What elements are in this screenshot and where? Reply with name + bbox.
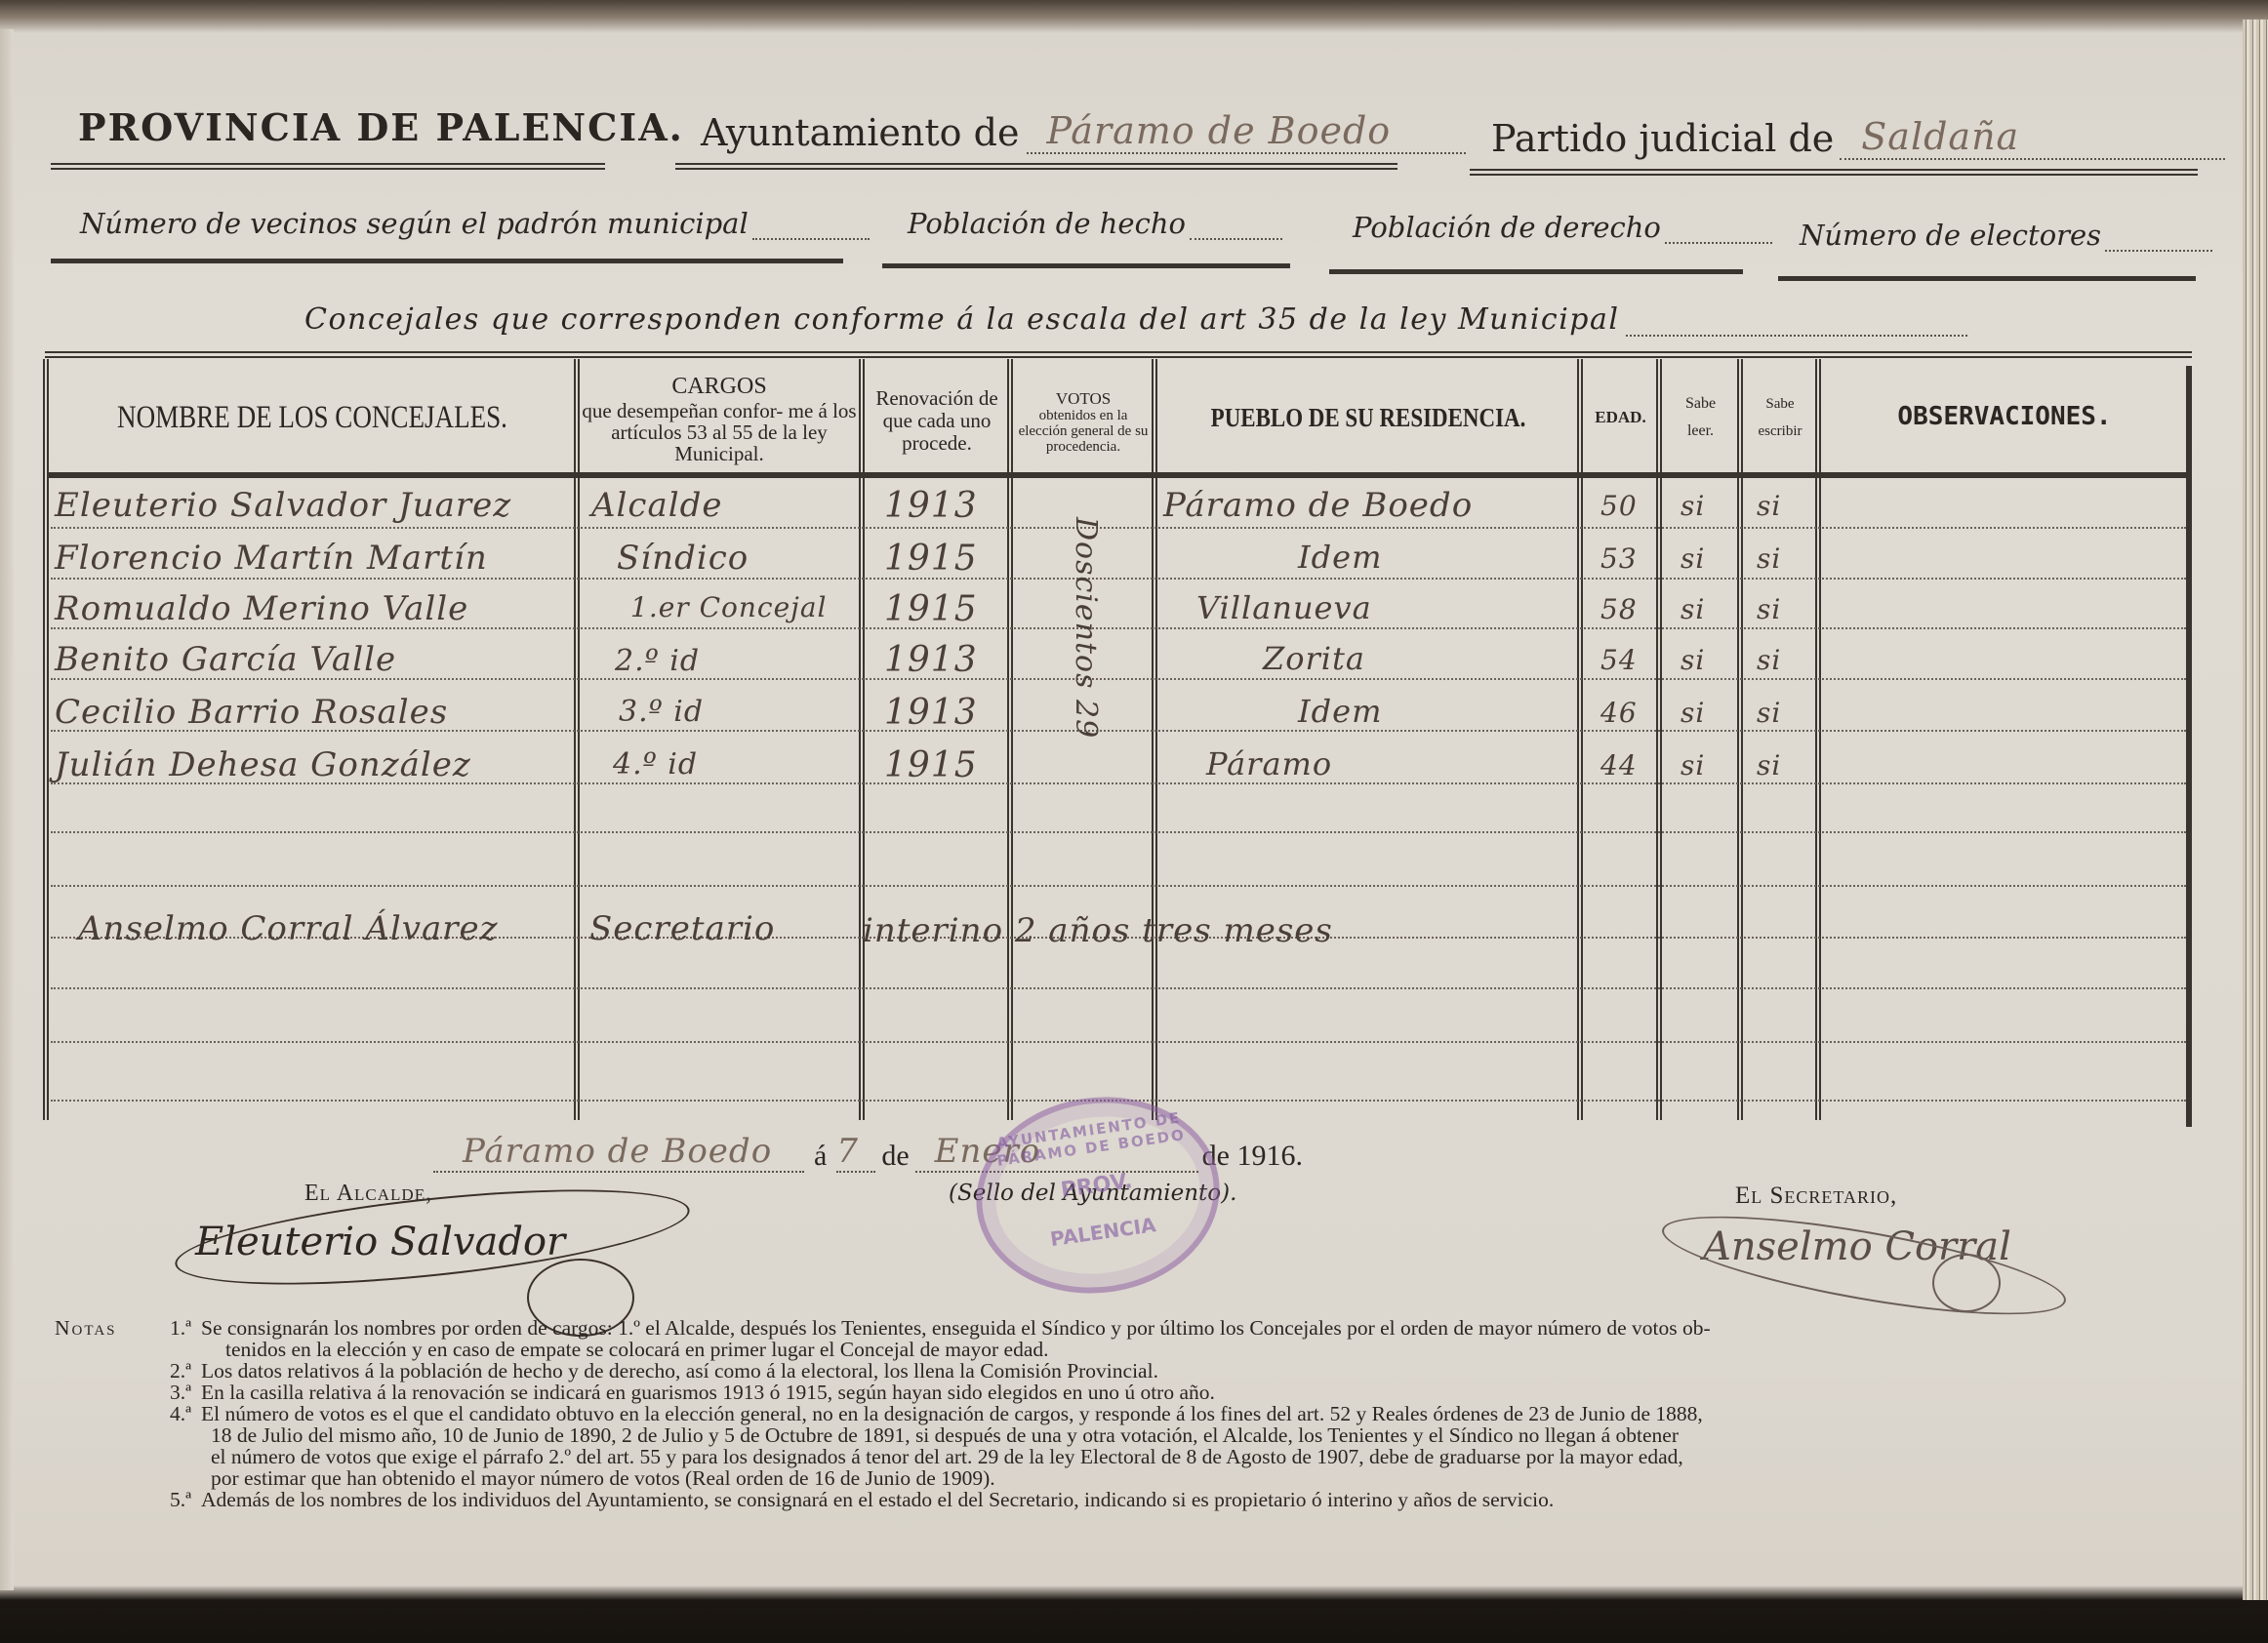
- note-text: por estimar que han obtenido el mayor nú…: [211, 1467, 995, 1489]
- note-continuation: tenidos en la elección y en caso de empa…: [55, 1339, 2202, 1360]
- note-text: Los datos relativos á la población de he…: [201, 1360, 1158, 1382]
- cell-leer: si: [1681, 542, 1705, 575]
- partido-label: Partido judicial de: [1491, 117, 1834, 160]
- cell-nombre: Cecilio Barrio Rosales: [55, 693, 448, 732]
- cell-nombre: Julián Dehesa González: [55, 745, 471, 784]
- vecinos-value[interactable]: [752, 238, 870, 240]
- cell-renovacion: 1913: [884, 693, 978, 733]
- electores-rule: [1778, 276, 2196, 281]
- electores-value[interactable]: [2105, 250, 2212, 252]
- cell-escribir: si: [1757, 593, 1781, 625]
- row-rule: [51, 578, 2186, 580]
- cell-edad: 58: [1600, 593, 1638, 625]
- secretario-label: El Secretario,: [1735, 1182, 1897, 1210]
- cell-renovacion: 1915: [884, 589, 978, 629]
- table-border-right: [2186, 366, 2192, 1127]
- cell-nombre: Florencio Martín Martín: [55, 539, 488, 578]
- poblacion-derecho-rule: [1329, 269, 1743, 274]
- note-continuation: 18 de Julio del mismo año, 10 de Junio d…: [55, 1424, 2202, 1446]
- cell-nombre: Benito García Valle: [55, 640, 396, 679]
- province-underline: [51, 163, 605, 170]
- note-number: 2.ª: [162, 1360, 201, 1382]
- concejales-label: Concejales que corresponden conforme á l…: [304, 302, 1620, 337]
- note-text: el número de votos que exige el párrafo …: [211, 1446, 1683, 1467]
- row-rule: [51, 831, 2186, 833]
- row-rule: [51, 885, 2186, 887]
- note-item: 2.ª Los datos relativos á la población d…: [55, 1360, 2202, 1382]
- partido-value[interactable]: Saldaña: [1840, 115, 2225, 160]
- note-item: 5.ª Además de los nombres de los individ…: [55, 1489, 2202, 1510]
- note-number: 5.ª: [162, 1489, 201, 1510]
- secretario-nombre: Anselmo Corral Álvarez: [78, 909, 499, 948]
- cell-renovacion: 1913: [884, 640, 978, 680]
- header-pueblo: PUEBLO DE SU RESIDENCIA.: [1191, 363, 1546, 472]
- row-rule: [51, 527, 2186, 529]
- cell-leer: si: [1681, 644, 1705, 676]
- cell-cargo: 2.º id: [615, 644, 700, 678]
- header-edad: EDAD.: [1585, 363, 1656, 472]
- cell-leer: si: [1681, 697, 1705, 729]
- cell-edad: 53: [1600, 542, 1638, 575]
- note-text: En la casilla relativa á la renovación s…: [201, 1382, 1215, 1403]
- poblacion-hecho-rule: [882, 263, 1290, 268]
- row-rule: [51, 1041, 2186, 1043]
- vecinos-label: Número de vecinos según el padrón munici…: [80, 207, 749, 240]
- note-number: 1.ª: [162, 1317, 201, 1339]
- date-year: de 1916.: [1202, 1140, 1303, 1173]
- header-votos-sub: obtenidos en la elección general de su p…: [1015, 408, 1152, 455]
- seal-text-bottom: PALENCIA: [987, 1204, 1220, 1260]
- cell-pueblo: Zorita: [1263, 640, 1365, 677]
- cell-cargo: 1.er Concejal: [630, 591, 827, 623]
- note-item: 3.ª En la casilla relativa á la renovaci…: [55, 1382, 2202, 1403]
- poblacion-derecho-value[interactable]: [1665, 242, 1772, 244]
- votos-vertical-note: Doscientos 29: [1069, 517, 1103, 739]
- header-cargos: CARGOS que desempeñan confor- me á los a…: [580, 367, 859, 472]
- cell-escribir: si: [1757, 542, 1781, 575]
- ayuntamiento-value[interactable]: Páramo de Boedo: [1027, 109, 1466, 154]
- cell-pueblo: Páramo: [1206, 745, 1332, 782]
- cell-renovacion: 1915: [884, 745, 978, 785]
- poblacion-derecho-field: Población de derecho: [1353, 211, 1772, 244]
- header-cargos-sub: que desempeñan confor- me á los artículo…: [580, 400, 859, 464]
- partido-underline: [1470, 169, 2198, 176]
- ayuntamiento-label: Ayuntamiento de: [701, 111, 1019, 154]
- date-day[interactable]: 7: [836, 1132, 875, 1173]
- note-text: 18 de Julio del mismo año, 10 de Junio d…: [211, 1424, 1679, 1446]
- note-item: 4.ª El número de votos es el que el cand…: [55, 1403, 2202, 1424]
- document-page: PROVINCIA DE PALENCIA. Ayuntamiento de P…: [0, 0, 2268, 1643]
- cell-leer: si: [1681, 593, 1705, 625]
- concejales-field: Concejales que corresponden conforme á l…: [304, 302, 1967, 337]
- note-number: 3.ª: [162, 1382, 201, 1403]
- vecinos-field: Número de vecinos según el padrón munici…: [80, 207, 870, 240]
- electores-field: Número de electores: [1800, 219, 2212, 252]
- cell-nombre: Eleuterio Salvador Juarez: [55, 486, 511, 525]
- note-continuation: por estimar que han obtenido el mayor nú…: [55, 1467, 2202, 1489]
- cell-cargo: Síndico: [617, 539, 749, 578]
- cell-edad: 50: [1600, 490, 1638, 522]
- header-votos-title: VOTOS: [1056, 390, 1111, 408]
- header-bottom-rule: [47, 472, 2190, 478]
- poblacion-hecho-label: Población de hecho: [908, 207, 1186, 240]
- cell-pueblo: Páramo de Boedo: [1163, 486, 1473, 525]
- header-sabe-escribir: Sabe escribir: [1745, 363, 1815, 472]
- note-item: Notas 1.ª Se consignarán los nombres por…: [55, 1317, 2202, 1339]
- cell-cargo: 4.º id: [613, 747, 698, 781]
- concejales-value[interactable]: [1626, 335, 1967, 337]
- cell-escribir: si: [1757, 490, 1781, 522]
- poblacion-hecho-value[interactable]: [1190, 238, 1282, 240]
- cell-cargo: Alcalde: [591, 486, 723, 525]
- electores-label: Número de electores: [1800, 219, 2101, 252]
- note-number: 4.ª: [162, 1403, 201, 1424]
- cell-edad: 46: [1600, 697, 1638, 729]
- header-observaciones: OBSERVACIONES.: [1823, 363, 2186, 472]
- note-text: tenidos en la elección y en caso de empa…: [225, 1339, 1049, 1360]
- cell-renovacion: 1915: [884, 539, 978, 579]
- poblacion-derecho-label: Población de derecho: [1353, 211, 1661, 244]
- signature-flourish: [1932, 1254, 2001, 1312]
- row-rule: [51, 987, 2186, 989]
- cell-escribir: si: [1757, 697, 1781, 729]
- date-de-label: de: [881, 1140, 909, 1173]
- cell-pueblo: Villanueva: [1196, 589, 1372, 626]
- vecinos-rule: [51, 259, 843, 263]
- cell-edad: 54: [1600, 644, 1638, 676]
- cell-leer: si: [1681, 490, 1705, 522]
- date-a-label: á: [814, 1140, 827, 1173]
- ayuntamiento-underline: [675, 163, 1397, 170]
- note-continuation: el número de votos que exige el párrafo …: [55, 1446, 2202, 1467]
- cell-escribir: si: [1757, 644, 1781, 676]
- date-place[interactable]: Páramo de Boedo: [433, 1132, 804, 1173]
- header-renovacion: Renovación de que cada uno procede.: [867, 369, 1007, 472]
- note-text: Además de los nombres de los individuos …: [201, 1489, 1554, 1510]
- cell-edad: 44: [1600, 749, 1638, 781]
- cell-leer: si: [1681, 749, 1705, 781]
- cell-cargo: 3.º id: [619, 695, 704, 729]
- note-text: Se consignarán los nombres por orden de …: [201, 1317, 1711, 1339]
- partido-field: Partido judicial de Saldaña: [1491, 115, 2225, 160]
- notes-lead: Notas: [55, 1317, 162, 1339]
- page-edge: [0, 29, 14, 1590]
- cell-pueblo: Idem: [1298, 693, 1382, 730]
- header-sabe-leer: Sabe leer.: [1664, 363, 1737, 472]
- secretario-detalle: interino 2 años tres meses: [863, 911, 1333, 950]
- ayuntamiento-field: Ayuntamiento de Páramo de Boedo: [701, 109, 1466, 154]
- poblacion-hecho-field: Población de hecho: [908, 207, 1282, 240]
- municipal-seal: AYUNTAMIENTO DE PÁRAMO DE BOEDO PROV. PA…: [963, 1082, 1232, 1309]
- cell-nombre: Romualdo Merino Valle: [55, 589, 468, 628]
- header-nombre: NOMBRE DE LOS CONCEJALES.: [98, 363, 527, 472]
- table-top-rule: [45, 351, 2192, 358]
- header-cargos-title: CARGOS: [671, 375, 766, 399]
- cell-pueblo: Idem: [1298, 539, 1382, 576]
- header-votos: VOTOS obtenidos en la elección general d…: [1015, 373, 1152, 472]
- secretario-cargo: Secretario: [589, 909, 775, 948]
- note-text: El número de votos es el que el candidat…: [201, 1403, 1703, 1424]
- notes-section: Notas 1.ª Se consignarán los nombres por…: [55, 1317, 2202, 1510]
- cell-renovacion: 1913: [884, 486, 978, 526]
- cell-escribir: si: [1757, 749, 1781, 781]
- province-title: PROVINCIA DE PALENCIA.: [78, 105, 684, 149]
